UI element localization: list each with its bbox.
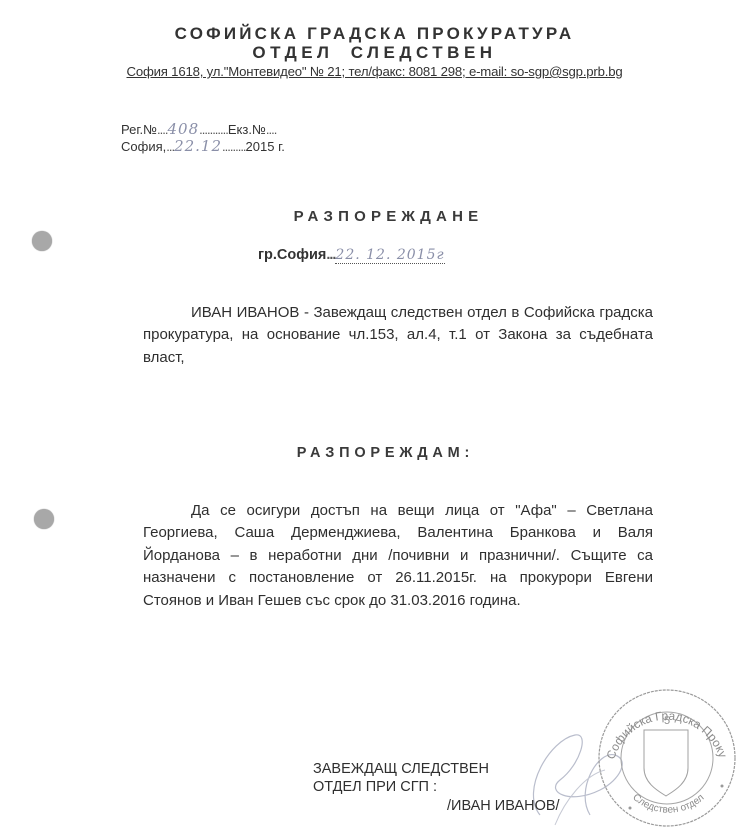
copy-label: Екз.№ bbox=[228, 122, 266, 137]
decree-heading: РАЗПОРЕЖДАМ: bbox=[0, 445, 749, 461]
registration-date-line: София,...22.12.........2015 г. bbox=[121, 137, 285, 155]
reg-label: Рег.№ bbox=[121, 122, 157, 137]
decree-paragraph: Да се осигури достъп на вещи лица от "Аф… bbox=[143, 500, 653, 612]
document-title: РАЗПОРЕЖДАНЕ bbox=[0, 208, 749, 225]
city-label: гр.София bbox=[258, 247, 326, 263]
signature-title-line1: ЗАВЕЖДАЩ СЛЕДСТВЕН bbox=[313, 761, 489, 777]
svg-text:Софийска Градска Прокуратура: Софийска Градска Прокуратура bbox=[592, 680, 730, 761]
registration-number-line: Рег.№....408...........Екз.№.... bbox=[121, 120, 276, 138]
department-name: ОТДЕЛ СЛЕДСТВЕН bbox=[0, 43, 749, 63]
city-date-handwritten: 22. 12. 2015г bbox=[335, 247, 444, 264]
date-handwritten: 22.12 bbox=[174, 137, 222, 155]
punch-hole bbox=[34, 509, 54, 529]
year-suffix: 2015 г. bbox=[246, 139, 285, 154]
signatory-name: /ИВАН ИВАНОВ/ bbox=[447, 798, 560, 814]
punch-hole bbox=[32, 231, 52, 251]
reg-number-handwritten: 408 bbox=[168, 120, 200, 138]
signature-title-line2: ОТДЕЛ ПРИ СГП : bbox=[313, 779, 437, 795]
intro-paragraph: ИВАН ИВАНОВ - Завеждащ следствен отдел в… bbox=[143, 302, 653, 369]
intro-text: ИВАН ИВАНОВ - Завеждащ следствен отдел в… bbox=[143, 304, 653, 366]
stamp-top-text: Софийска Градска Прокуратура bbox=[592, 680, 730, 761]
address-line: София 1618, ул."Монтевидео" № 21; тел/фа… bbox=[0, 64, 749, 79]
decree-text: Да се осигури достъп на вещи лица от "Аф… bbox=[143, 502, 653, 609]
city-date-line: гр.София...22. 12. 2015г bbox=[258, 247, 445, 263]
official-stamp: Софийска Градска Прокуратура Следствен о… bbox=[592, 680, 742, 830]
stamp-number: 5 bbox=[664, 715, 670, 727]
date-label: София, bbox=[121, 139, 166, 154]
organization-name: СОФИЙСКА ГРАДСКА ПРОКУРАТУРА bbox=[0, 24, 749, 44]
